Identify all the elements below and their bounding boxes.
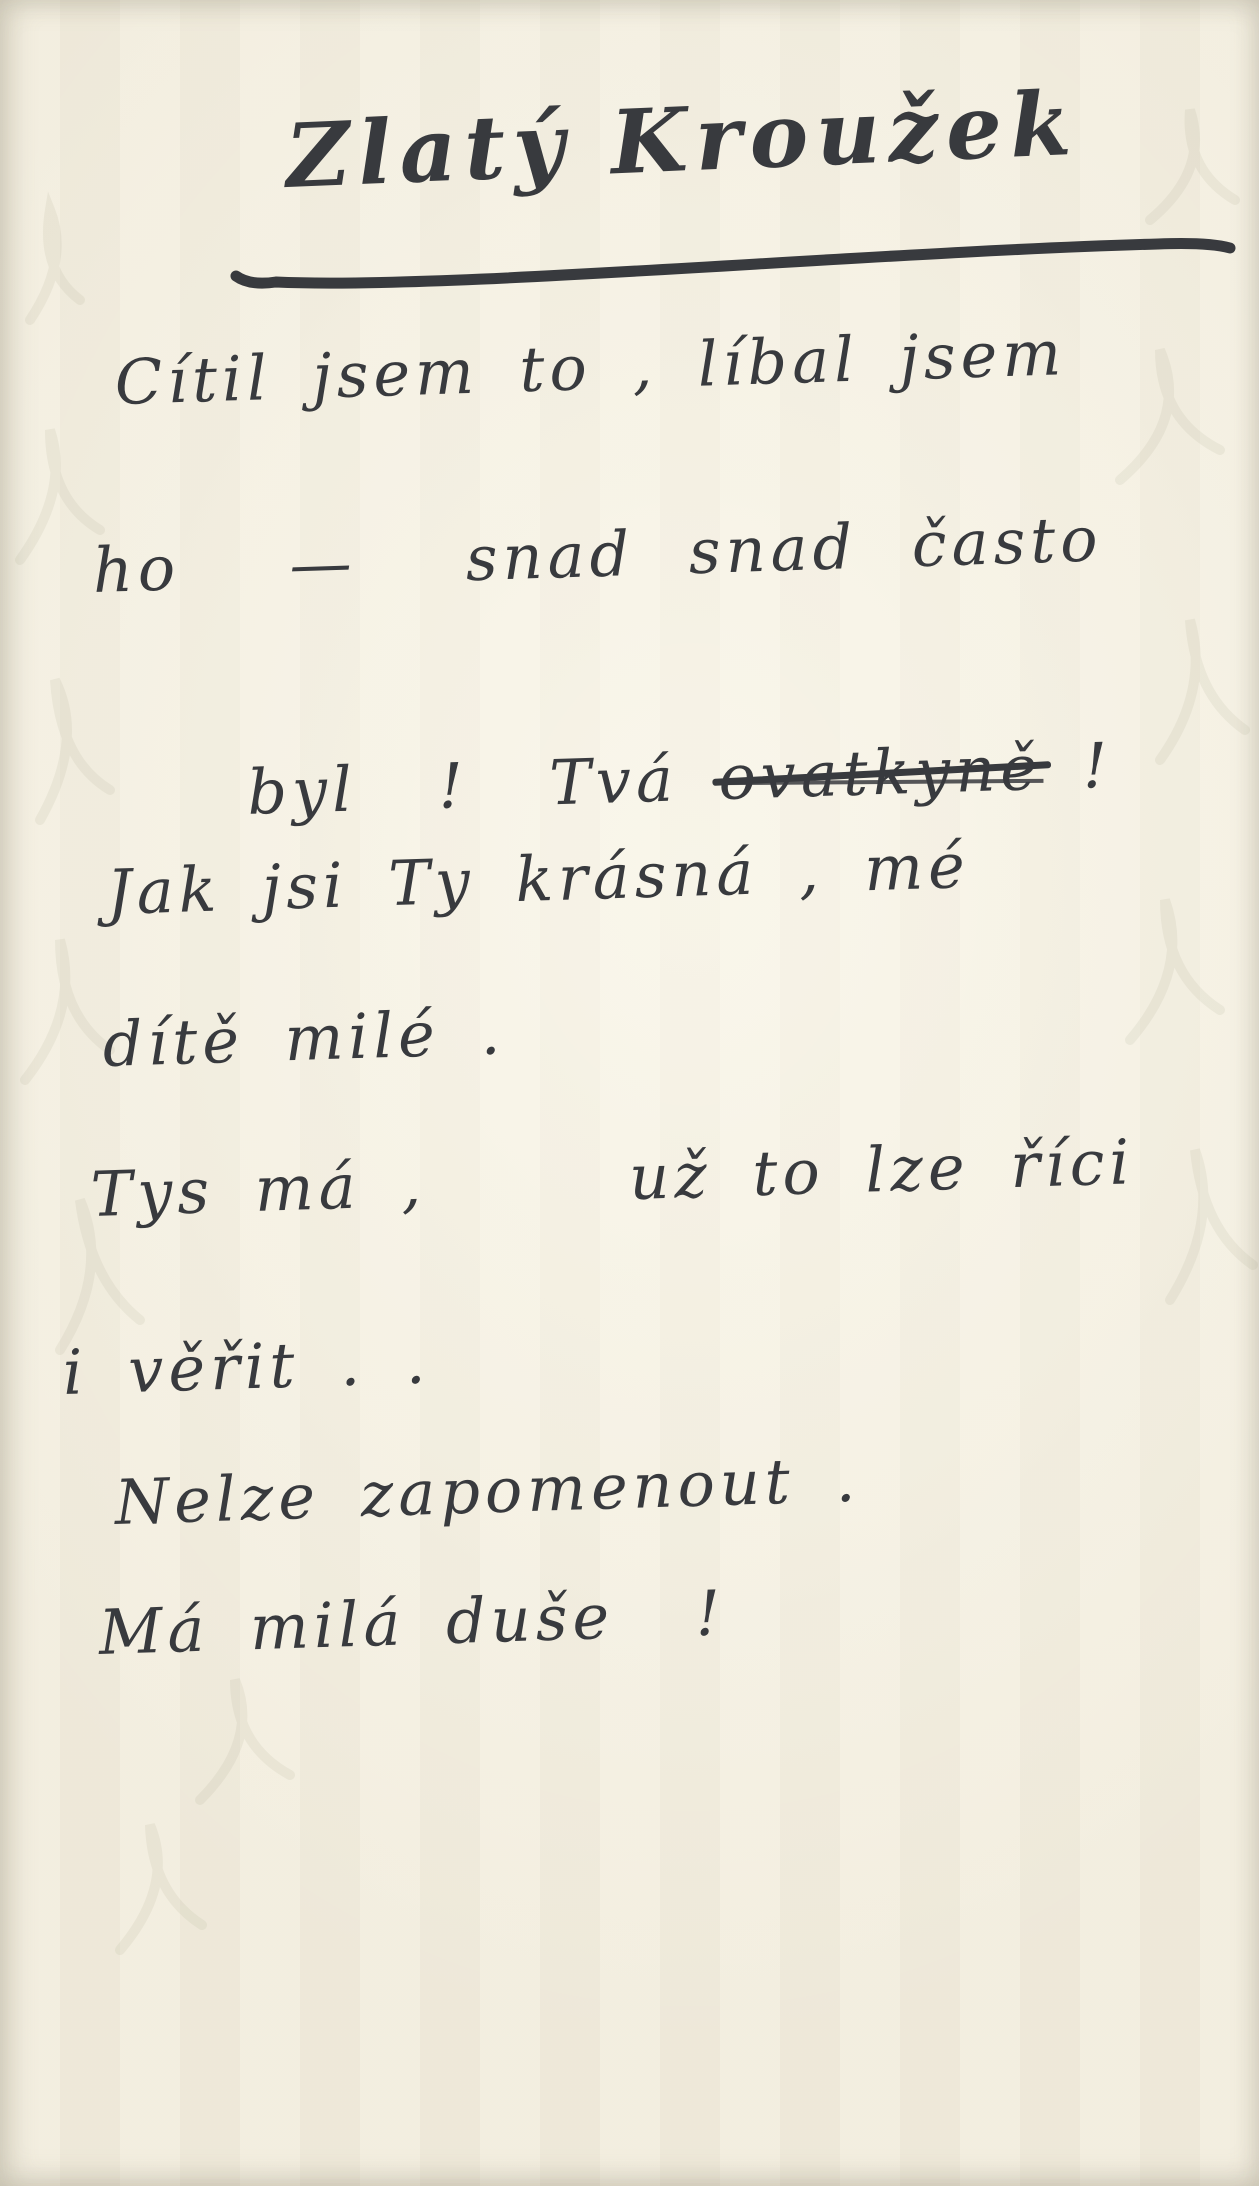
- line-segment: !: [1041, 729, 1114, 804]
- manuscript-line: i věřit . .: [62, 1324, 432, 1409]
- manuscript-line: Má milá duše !: [98, 1576, 727, 1669]
- manuscript-line: dítě milé .: [102, 995, 506, 1081]
- manuscript-page: Zlatý Kroužek Cítil jsem to , líbal jsem…: [0, 0, 1259, 2186]
- manuscript-line: ho — snad snad často: [92, 502, 1104, 607]
- title-underline: [228, 214, 1238, 294]
- page-title: Zlatý Kroužek: [284, 71, 1081, 208]
- show-through-ghost-marks: [0, 0, 1259, 2186]
- manuscript-line: Cítil jsem to , líbal jsem: [114, 316, 1067, 419]
- manuscript-line: Tys má , už to lze říci: [90, 1125, 1136, 1231]
- line-segment: byl ! Tvá: [246, 741, 719, 829]
- manuscript-line: Nelze zapomenout .: [114, 1443, 861, 1539]
- crossed-out-word: ovatkyně: [717, 731, 1043, 814]
